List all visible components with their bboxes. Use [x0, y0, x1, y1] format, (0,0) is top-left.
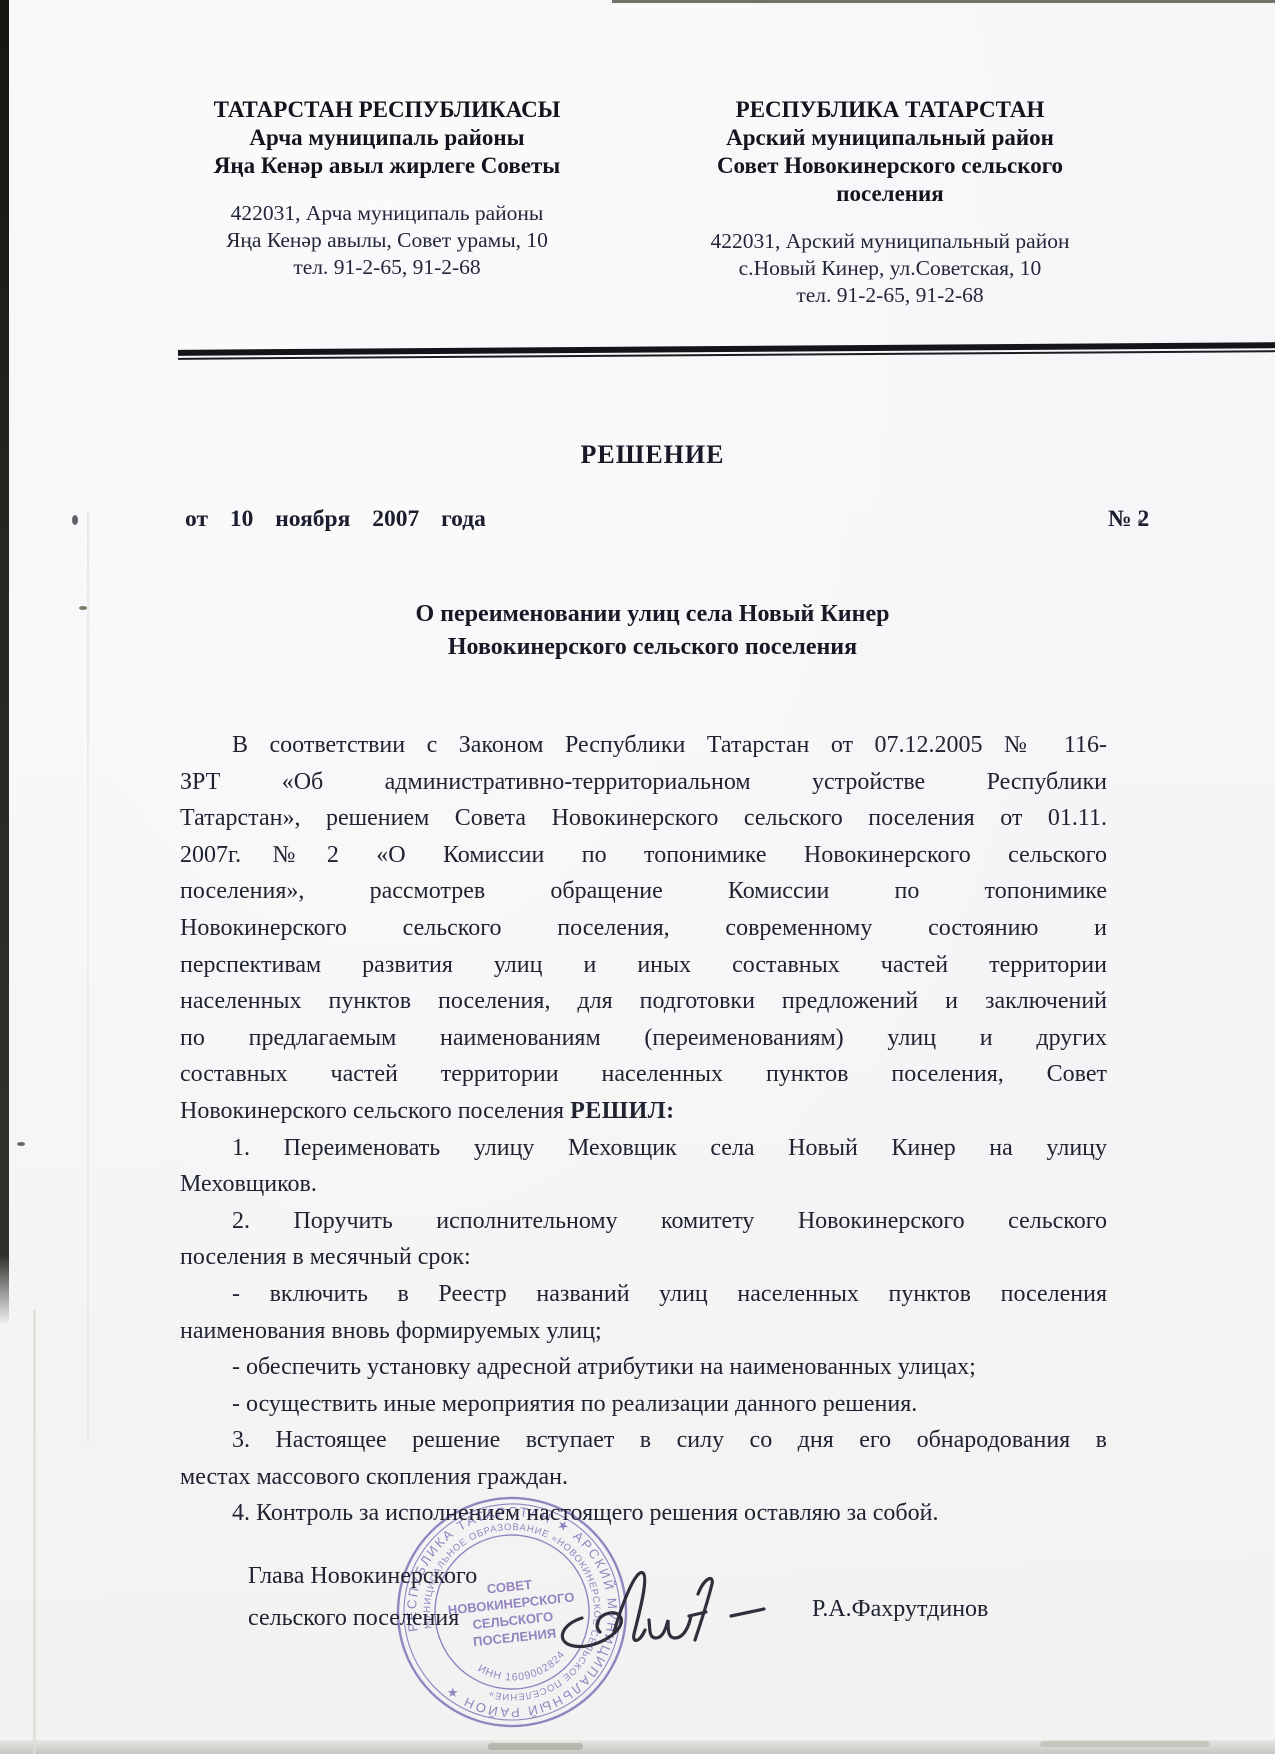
decision-number: № 2 [1108, 506, 1149, 533]
org-name-tatar-line2: Арча муниципаль районы [172, 124, 602, 152]
org-name-russian-line1: РЕСПУБЛИКА ТАТАРСТАН [645, 96, 1135, 124]
body-line: 2007г.№2 «О Комиссии по топонимике Новок… [180, 837, 1107, 874]
org-name-tatar-line3: Яңа Кенәр авыл жирлеге Советы [172, 152, 602, 180]
scan-speck [17, 1142, 25, 1146]
body-line: наименования вновь формируемых улиц; [180, 1313, 1107, 1350]
body-line: поселения в месячный срок: [180, 1239, 1107, 1276]
signer-position-line2: сельского поселения [248, 1605, 459, 1632]
scanned-decision-document: ТАТАРСТАН РЕСПУБЛИКАСЫ Арча муниципаль р… [0, 0, 1275, 1754]
body-line-subitem: - осуществить иные мероприятия по реализ… [180, 1386, 1107, 1423]
org-name-russian-line4: поселения [645, 180, 1135, 208]
scan-speck [79, 606, 87, 610]
address-russian-line3: тел. 91-2-65, 91-2-68 [645, 282, 1135, 309]
address-left: 422031, Арча муниципаль районы Яңа Кенәр… [172, 200, 602, 281]
letterhead-right: РЕСПУБЛИКА ТАТАРСТАН Арский муниципальны… [645, 96, 1135, 208]
scan-left-edge [0, 0, 9, 1255]
decision-date: от 10 ноября 2007 года [185, 506, 486, 533]
scan-speck [72, 515, 78, 525]
body-line: поселения», рассмотрев обращение Комисси… [180, 873, 1107, 910]
body-line: перспективам развития улиц и иных состав… [180, 947, 1107, 984]
body-line: по предлагаемым наименованиям (переимено… [180, 1020, 1107, 1057]
body-line: местах массового скопления граждан. [180, 1459, 1107, 1496]
body-line: Меховщиков. [180, 1166, 1107, 1203]
address-tatar-line3: тел. 91-2-65, 91-2-68 [172, 254, 602, 281]
org-name-russian-line2: Арский муниципальный район [645, 124, 1135, 152]
body-line-item4: 4. Контроль за исполнением настоящего ре… [180, 1495, 1107, 1532]
address-russian-line1: 422031, Арский муниципальный район [645, 228, 1135, 255]
body-line: составных частей территории населенных п… [180, 1056, 1107, 1093]
scan-top-edge [612, 0, 1275, 3]
address-russian-line2: с.Новый Кинер, ул.Советская, 10 [645, 255, 1135, 282]
org-name-russian-line3: Совет Новокинерского сельского [645, 152, 1135, 180]
scan-smudge [1040, 1741, 1210, 1747]
body-line-text: Новокинерского сельского поселения [180, 1098, 564, 1124]
handwritten-signature [548, 1560, 778, 1660]
signer-position-line1: Глава Новокинерского [248, 1563, 477, 1590]
body-line: ЗРТ «Об административно-территориальном … [180, 764, 1107, 801]
body-line: Татарстан», решением Совета Новокинерско… [180, 800, 1107, 837]
body-line: В соответствии с Законом Республики Тата… [180, 727, 1107, 764]
subject-line1: О переименовании улиц села Новый Кинер [180, 598, 1125, 631]
body-line-item1: 1. Переименовать улицу Меховщик села Нов… [180, 1130, 1107, 1167]
resolved-keyword: РЕШИЛ: [570, 1098, 675, 1124]
paper-crease [87, 512, 89, 1442]
scan-left-edge-fade [0, 1255, 9, 1325]
signer-name: Р.А.Фахрутдинов [812, 1596, 988, 1623]
document-type-heading: РЕШЕНИЕ [180, 440, 1125, 470]
address-right: 422031, Арский муниципальный район с.Нов… [645, 228, 1135, 309]
scan-smudge [488, 1743, 583, 1750]
decision-subject: О переименовании улиц села Новый Кинер Н… [180, 598, 1125, 664]
decision-body: В соответствии с Законом Республики Тата… [180, 727, 1107, 1532]
body-line-subitem: - включить в Реестр названий улиц населе… [180, 1276, 1107, 1313]
body-line-subitem: - обеспечить установку адресной атрибути… [180, 1349, 1107, 1386]
body-line-resolved: Новокинерского сельского поселения РЕШИЛ… [180, 1093, 1107, 1130]
subject-line2: Новокинерского сельского поселения [180, 631, 1125, 664]
body-line-item2: 2. Поручить исполнительному комитету Нов… [180, 1203, 1107, 1240]
body-line: Новокинерского сельского поселения, совр… [180, 910, 1107, 947]
address-tatar-line1: 422031, Арча муниципаль районы [172, 200, 602, 227]
body-line: населенных пунктов поселения, для подгот… [180, 983, 1107, 1020]
paper-edge-seam [33, 1310, 36, 1754]
org-name-tatar-line1: ТАТАРСТАН РЕСПУБЛИКАСЫ [172, 96, 602, 124]
letterhead-left: ТАТАРСТАН РЕСПУБЛИКАСЫ Арча муниципаль р… [172, 96, 602, 180]
body-line-item3: 3. Настоящее решение вступает в силу со … [180, 1422, 1107, 1459]
address-tatar-line2: Яңа Кенәр авылы, Совет урамы, 10 [172, 227, 602, 254]
letterhead-divider [178, 342, 1275, 360]
